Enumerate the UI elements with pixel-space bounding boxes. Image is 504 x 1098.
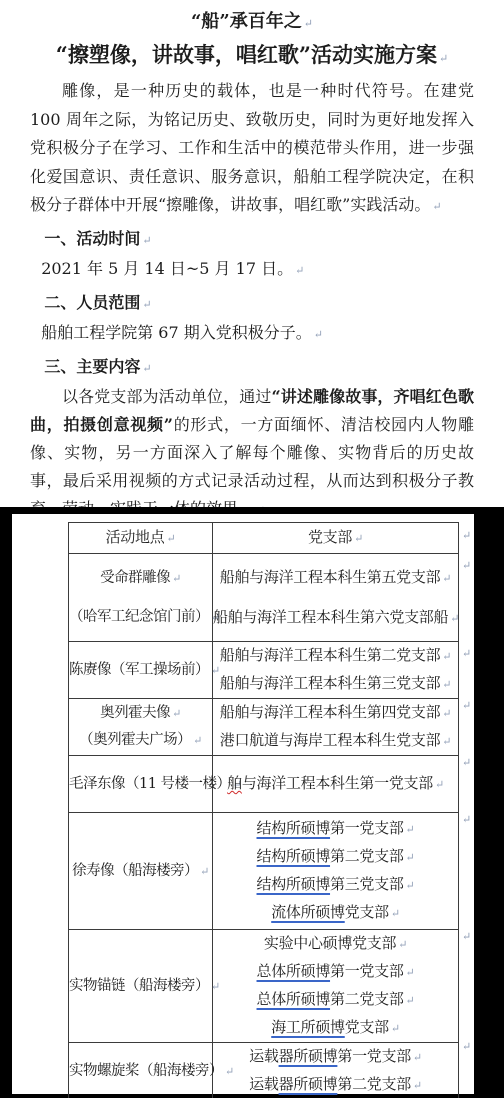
section2-body-text: 船舶工程学院第 67 期入党积极分子。	[41, 323, 312, 342]
location-text: 受命群雕像	[100, 570, 170, 586]
section3-paragraph-seg1: 以各党支部为活动单位，通过	[62, 387, 271, 406]
branch-cell-line: 流体所硕博党支部↵	[213, 899, 458, 927]
spellcheck-flagged-text: 舶	[227, 774, 242, 792]
section1-body-text: 2021 年 5 月 14 日~5 月 17 日。	[41, 259, 293, 278]
table-row: 毛泽东像（11 号楼一楼）↵ 舶与海洋工程本科生第一党支部↵	[69, 756, 459, 813]
branch-cell-line: 船舶与海洋工程本科生第三党支部↵	[213, 670, 458, 698]
section1-heading-text: 一、活动时间	[44, 229, 140, 248]
branch-text: 运载	[249, 1075, 278, 1093]
location-cell: 奥列霍夫像↵ （奥列霍夫广场）↵	[69, 699, 213, 756]
paragraph-mark: ↵	[450, 612, 459, 625]
intro-paragraph-text: 雕像，是一种历史的载体，也是一种时代符号。在建党 100 周年之际，为铭记历史、…	[30, 81, 474, 214]
intro-paragraph: 雕像，是一种历史的载体，也是一种时代符号。在建党 100 周年之际，为铭记历史、…	[30, 77, 474, 222]
row-end-marks-gutter: ↵ ↵ ↵ ↵ ↵ ↵ ↵ ↵	[462, 514, 476, 1094]
branch-cell-line: 结构所硕博第三党支部↵	[213, 871, 458, 899]
grammar-underlined-text: 流体所硕博	[271, 903, 345, 921]
paragraph-mark: ↵	[354, 532, 363, 545]
branch-cell-line: 船舶与海洋工程本科生第五党支部↵	[213, 558, 458, 598]
paragraph-mark: ↵	[314, 328, 323, 341]
location-text: 实物锚链（船海楼旁）	[69, 978, 209, 994]
location-cell-line: 毛泽东像（11 号楼一楼）↵	[69, 771, 212, 798]
branch-cell-line: 总体所硕博第二党支部↵	[213, 986, 458, 1014]
location-cell-line: 实物锚链（船海楼旁）↵	[69, 973, 212, 1000]
paragraph-mark: ↵	[435, 778, 444, 791]
paragraph-mark: ↵	[413, 1051, 422, 1064]
header-location-text: 活动地点	[106, 528, 165, 546]
table-row: 奥列霍夫像↵ （奥列霍夫广场）↵ 船舶与海洋工程本科生第四党支部↵ 港口航道与海…	[69, 699, 459, 756]
doc-title-line1: “船”承百年之↵	[30, 8, 474, 37]
branch-cell-line: 海工所硕博党支部↵	[213, 1014, 458, 1042]
paragraph-mark: ↵	[432, 200, 441, 213]
table-row: 实物螺旋桨（船海楼旁）↵ 运载器所硕博第一党支部↵ 运载器所硕博第二党支部↵	[69, 1043, 459, 1098]
row-end-mark: ↵	[462, 1040, 471, 1053]
section2-heading: 二、人员范围↵	[30, 289, 474, 320]
paragraph-mark: ↵	[295, 264, 304, 277]
paragraph-mark: ↵	[211, 664, 220, 677]
paragraph-mark: ↵	[406, 994, 415, 1007]
branch-cell-line: 船舶与海洋工程本科生第六党支部船↵	[213, 598, 458, 638]
paragraph-mark: ↵	[142, 362, 151, 375]
paragraph-mark: ↵	[413, 1079, 422, 1092]
table-row: 陈赓像（军工操场前）↵ 船舶与海洋工程本科生第二党支部↵ 船舶与海洋工程本科生第…	[69, 642, 459, 699]
branch-text: 第三党支部	[330, 875, 404, 893]
branch-cell-line: 总体所硕博第一党支部↵	[213, 958, 458, 986]
location-cell-line: 陈赓像（军工操场前）↵	[69, 657, 212, 684]
section3-heading: 三、主要内容↵	[30, 353, 474, 384]
paragraph-mark: ↵	[193, 734, 202, 747]
location-text: 陈赓像（军工操场前）	[69, 662, 209, 678]
section3-paragraph: 以各党支部为活动单位，通过“讲述雕像故事，齐唱红色歌曲，拍摄创意视频”的形式，一…	[30, 383, 474, 525]
row-end-mark: ↵	[462, 756, 471, 769]
document-body: “船”承百年之↵ “擦塑像，讲故事，唱红歌”活动实施方案↵ 雕像，是一种历史的载…	[0, 0, 504, 525]
paragraph-mark: ↵	[406, 851, 415, 864]
branch-text: 船舶与海洋工程本科生第二党支部	[220, 646, 441, 664]
branch-cell: 船舶与海洋工程本科生第二党支部↵ 船舶与海洋工程本科生第三党支部↵	[213, 642, 459, 699]
location-cell: 陈赓像（军工操场前）↵	[69, 642, 213, 699]
branch-text: 船舶与海洋工程本科生第六党支部船	[213, 608, 448, 626]
branch-cell-line: 结构所硕博第一党支部↵	[213, 815, 458, 843]
location-text: （奥列霍夫广场）	[79, 732, 191, 748]
branch-cell-line: 船舶与海洋工程本科生第二党支部↵	[213, 642, 458, 670]
branch-text: 党支部	[345, 1018, 389, 1036]
branch-text: 第二党支部	[330, 847, 404, 865]
location-cell: 受命群雕像↵ （哈军工纪念馆门前）↵	[69, 554, 213, 642]
header-branch-text: 党支部	[308, 528, 352, 546]
location-cell-line: 徐寿像（船海楼旁）↵	[69, 858, 212, 885]
paragraph-mark: ↵	[142, 234, 151, 247]
scanned-table-panel: 活动地点↵ 党支部↵ 受命群雕像↵ （哈军工纪念馆门前）↵ 船舶与海洋工程本科生…	[12, 514, 474, 1094]
location-text: 奥列霍夫像	[100, 705, 170, 721]
row-end-mark: ↵	[462, 529, 471, 542]
row-end-mark: ↵	[462, 930, 471, 943]
grammar-underlined-text: 结构所硕博	[257, 875, 331, 893]
paragraph-mark: ↵	[442, 572, 451, 585]
activity-location-table: 活动地点↵ 党支部↵ 受命群雕像↵ （哈军工纪念馆门前）↵ 船舶与海洋工程本科生…	[68, 522, 459, 1098]
grammar-underlined-text: 器所硕博	[279, 1047, 338, 1065]
branch-text: 实验中心硕博党支部	[264, 934, 396, 952]
paragraph-mark: ↵	[406, 823, 415, 836]
branch-cell: 运载器所硕博第一党支部↵ 运载器所硕博第二党支部↵	[213, 1043, 459, 1098]
paragraph-mark: ↵	[211, 980, 220, 993]
paragraph-mark: ↵	[172, 707, 181, 720]
table-header-row: 活动地点↵ 党支部↵	[69, 523, 459, 554]
location-text: 实物螺旋桨（船海楼旁）	[69, 1063, 223, 1079]
paragraph-mark: ↵	[200, 865, 209, 878]
location-cell: 实物螺旋桨（船海楼旁）↵	[69, 1043, 213, 1098]
branch-text: 与海洋工程本科生第一党支部	[242, 774, 433, 792]
grammar-underlined-text: 结构所硕博	[257, 819, 331, 837]
branch-text: 运载	[249, 1047, 278, 1065]
grammar-underlined-text: 器所硕博	[279, 1075, 338, 1093]
branch-text: 第一党支部	[337, 1047, 411, 1065]
location-cell-line: （奥列霍夫广场）↵	[69, 727, 212, 754]
location-cell-line: 受命群雕像↵	[69, 559, 212, 598]
table-row: 实物锚链（船海楼旁）↵ 实验中心硕博党支部↵ 总体所硕博第一党支部↵ 总体所硕博…	[69, 930, 459, 1043]
branch-text: 船舶与海洋工程本科生第三党支部	[220, 674, 441, 692]
paragraph-mark: ↵	[391, 907, 400, 920]
section2-body: 船舶工程学院第 67 期入党积极分子。↵	[30, 319, 474, 350]
grammar-underlined-text: 海工所硕博	[271, 1018, 345, 1036]
location-text: 毛泽东像（11 号楼一楼）	[69, 776, 231, 792]
branch-cell-line: 结构所硕博第二党支部↵	[213, 843, 458, 871]
branch-text: 第一党支部	[330, 962, 404, 980]
branch-cell-line: 舶与海洋工程本科生第一党支部↵	[213, 770, 458, 798]
paragraph-mark: ↵	[172, 572, 181, 585]
location-text: 徐寿像（船海楼旁）	[72, 863, 198, 879]
header-cell-location: 活动地点↵	[69, 523, 213, 554]
branch-cell: 实验中心硕博党支部↵ 总体所硕博第一党支部↵ 总体所硕博第二党支部↵ 海工所硕博…	[213, 930, 459, 1043]
location-cell-line: （哈军工纪念馆门前）↵	[69, 598, 212, 637]
branch-text: 港口航道与海岸工程本科生党支部	[220, 731, 441, 749]
section2-heading-text: 二、人员范围	[44, 293, 140, 312]
doc-title-line2: “擦塑像，讲故事，唱红歌”活动实施方案↵	[30, 37, 474, 77]
branch-text: 第一党支部	[330, 819, 404, 837]
branch-text: 第二党支部	[337, 1075, 411, 1093]
branch-cell: 船舶与海洋工程本科生第四党支部↵ 港口航道与海岸工程本科生党支部↵	[213, 699, 459, 756]
scanned-table-section: 活动地点↵ 党支部↵ 受命群雕像↵ （哈军工纪念馆门前）↵ 船舶与海洋工程本科生…	[0, 507, 504, 1098]
doc-title-line1-text: “船”承百年之	[191, 11, 302, 32]
paragraph-mark: ↵	[225, 1065, 234, 1078]
branch-cell-line: 运载器所硕博第二党支部↵	[213, 1071, 458, 1098]
section3-heading-text: 三、主要内容	[44, 357, 140, 376]
table-row: 徐寿像（船海楼旁）↵ 结构所硕博第一党支部↵ 结构所硕博第二党支部↵ 结构所硕博…	[69, 813, 459, 930]
grammar-underlined-text: 结构所硕博	[257, 847, 331, 865]
location-text: （哈军工纪念馆门前）	[69, 609, 209, 625]
grammar-underlined-text: 总体所硕博	[257, 990, 331, 1008]
header-cell-branch: 党支部↵	[213, 523, 459, 554]
location-cell: 徐寿像（船海楼旁）↵	[69, 813, 213, 930]
paragraph-mark: ↵	[304, 17, 313, 30]
branch-text: 船舶与海洋工程本科生第四党支部	[220, 703, 441, 721]
document-page: “船”承百年之↵ “擦塑像，讲故事，唱红歌”活动实施方案↵ 雕像，是一种历史的载…	[0, 0, 504, 1098]
paragraph-mark: ↵	[406, 879, 415, 892]
location-cell-line: 奥列霍夫像↵	[69, 700, 212, 727]
paragraph-mark: ↵	[398, 938, 407, 951]
branch-cell-line: 港口航道与海岸工程本科生党支部↵	[213, 727, 458, 755]
row-end-mark: ↵	[462, 813, 471, 826]
row-end-mark: ↵	[462, 699, 471, 712]
paragraph-mark: ↵	[406, 966, 415, 979]
paragraph-mark: ↵	[442, 650, 451, 663]
branch-cell-line: 运载器所硕博第一党支部↵	[213, 1043, 458, 1071]
grammar-underlined-text: 总体所硕博	[257, 962, 331, 980]
row-end-mark: ↵	[462, 647, 471, 660]
doc-title-line2-text: “擦塑像，讲故事，唱红歌”活动实施方案	[56, 42, 437, 67]
section1-heading: 一、活动时间↵	[30, 225, 474, 256]
paragraph-mark: ↵	[442, 735, 451, 748]
paragraph-mark: ↵	[442, 678, 451, 691]
row-end-mark: ↵	[462, 559, 471, 572]
branch-text: 船舶与海洋工程本科生第五党支部	[220, 568, 441, 586]
branch-text: 第二党支部	[330, 990, 404, 1008]
location-cell-line: 实物螺旋桨（船海楼旁）↵	[69, 1058, 212, 1085]
paragraph-mark: ↵	[142, 298, 151, 311]
branch-cell-line: 船舶与海洋工程本科生第四党支部↵	[213, 699, 458, 727]
branch-cell: 舶与海洋工程本科生第一党支部↵	[213, 756, 459, 813]
location-cell: 实物锚链（船海楼旁）↵	[69, 930, 213, 1043]
paragraph-mark: ↵	[166, 532, 175, 545]
paragraph-mark: ↵	[439, 52, 448, 65]
branch-cell: 船舶与海洋工程本科生第五党支部↵ 船舶与海洋工程本科生第六党支部船↵	[213, 554, 459, 642]
section1-body: 2021 年 5 月 14 日~5 月 17 日。↵	[30, 255, 474, 286]
paragraph-mark: ↵	[391, 1022, 400, 1035]
branch-text: 党支部	[345, 903, 389, 921]
paragraph-mark: ↵	[442, 707, 451, 720]
branch-cell: 结构所硕博第一党支部↵ 结构所硕博第二党支部↵ 结构所硕博第三党支部↵ 流体所硕…	[213, 813, 459, 930]
location-cell: 毛泽东像（11 号楼一楼）↵	[69, 756, 213, 813]
branch-cell-line: 实验中心硕博党支部↵	[213, 930, 458, 958]
table-row: 受命群雕像↵ （哈军工纪念馆门前）↵ 船舶与海洋工程本科生第五党支部↵ 船舶与海…	[69, 554, 459, 642]
